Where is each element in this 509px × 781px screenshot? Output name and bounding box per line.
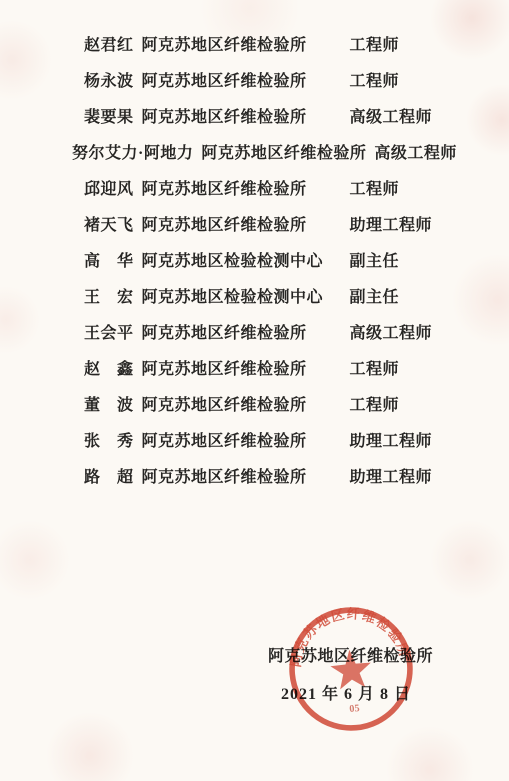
person-name: 裴要果 [84,108,134,128]
person-title: 工程师 [350,180,400,200]
person-name: 赵 鑫 [84,360,134,380]
signature-organization: 阿克苏地区纤维检验所 [268,643,433,666]
person-organization: 阿克苏地区纤维检验所 [201,144,366,164]
person-organization: 阿克苏地区纤维检验所 [142,396,342,416]
roster-row: 努尔艾力·阿地力 阿克苏地区纤维检验所 高级工程师 [0,144,509,164]
roster-row: 高 华 阿克苏地区检验检测中心 副主任 [0,252,509,272]
person-name: 杨永波 [84,72,134,92]
roster-row: 路 超 阿克苏地区纤维检验所 助理工程师 [0,468,509,488]
seal-ring [287,605,415,733]
roster-row: 王 宏 阿克苏地区检验检测中心 副主任 [0,288,509,308]
roster-row: 赵君红 阿克苏地区纤维检验所 工程师 [0,36,509,56]
roster-row: 王会平 阿克苏地区纤维检验所 高级工程师 [0,324,509,344]
person-title: 助理工程师 [350,216,433,236]
roster-row: 邱迎风 阿克苏地区纤维检验所 工程师 [0,180,509,200]
person-organization: 阿克苏地区纤维检验所 [142,108,342,128]
person-organization: 阿克苏地区纤维检验所 [142,432,342,452]
scanned-document-page: 赵君红 阿克苏地区纤维检验所 工程师 杨永波 阿克苏地区纤维检验所 工程师 裴要… [0,0,509,781]
person-title: 高级工程师 [374,144,457,164]
person-name: 邱迎风 [84,180,134,200]
person-title: 工程师 [350,36,400,56]
roster-row: 张 秀 阿克苏地区纤维检验所 助理工程师 [0,432,509,452]
person-organization: 阿克苏地区检验检测中心 [142,288,342,308]
person-title: 高级工程师 [350,108,433,128]
person-organization: 阿克苏地区纤维检验所 [142,180,342,200]
person-organization: 阿克苏地区纤维检验所 [142,216,342,236]
person-name: 路 超 [84,468,134,488]
person-name: 高 华 [84,252,134,272]
person-title: 副主任 [350,252,400,272]
person-title: 工程师 [350,360,400,380]
signature-date: 2021 年 6 月 8 日 [281,681,411,704]
roster-row: 杨永波 阿克苏地区纤维检验所 工程师 [0,72,509,92]
seal-number: 05 [349,703,360,715]
person-title: 助理工程师 [350,432,433,452]
person-title: 工程师 [350,396,400,416]
person-organization: 阿克苏地区纤维检验所 [142,360,342,380]
personnel-roster: 赵君红 阿克苏地区纤维检验所 工程师 杨永波 阿克苏地区纤维检验所 工程师 裴要… [0,36,509,504]
person-organization: 阿克苏地区纤维检验所 [142,72,342,92]
person-organization: 阿克苏地区纤维检验所 [142,324,342,344]
person-name: 董 波 [84,396,134,416]
person-name: 王会平 [84,324,134,344]
official-seal-stamp: 阿克苏地区纤维检验所 05 [283,601,420,738]
roster-row: 褚天飞 阿克苏地区纤维检验所 助理工程师 [0,216,509,236]
person-organization: 阿克苏地区纤维检验所 [142,468,342,488]
person-title: 工程师 [350,72,400,92]
person-title: 副主任 [350,288,400,308]
person-title: 助理工程师 [350,468,433,488]
person-organization: 阿克苏地区纤维检验所 [142,36,342,56]
roster-row: 裴要果 阿克苏地区纤维检验所 高级工程师 [0,108,509,128]
person-name: 王 宏 [84,288,134,308]
person-title: 高级工程师 [350,324,433,344]
roster-row: 赵 鑫 阿克苏地区纤维检验所 工程师 [0,360,509,380]
person-name: 赵君红 [84,36,134,56]
person-organization: 阿克苏地区检验检测中心 [142,252,342,272]
roster-row: 董 波 阿克苏地区纤维检验所 工程师 [0,396,509,416]
person-name: 张 秀 [84,432,134,452]
person-name: 褚天飞 [84,216,134,236]
person-name: 努尔艾力·阿地力 [72,144,193,164]
